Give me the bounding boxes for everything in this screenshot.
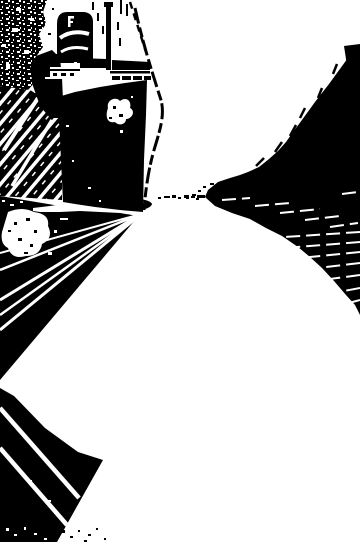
awning-band-left [80, 58, 106, 68]
mast-pole [106, 2, 111, 70]
scene-canvas [0, 0, 360, 542]
bow-hull [58, 80, 147, 212]
anchor-speck [120, 130, 123, 133]
lifeboats [108, 70, 152, 82]
halftone-ship-canal-image: High-contrast black-and-white halftone i… [0, 0, 360, 542]
bridge-top-band [50, 54, 80, 62]
